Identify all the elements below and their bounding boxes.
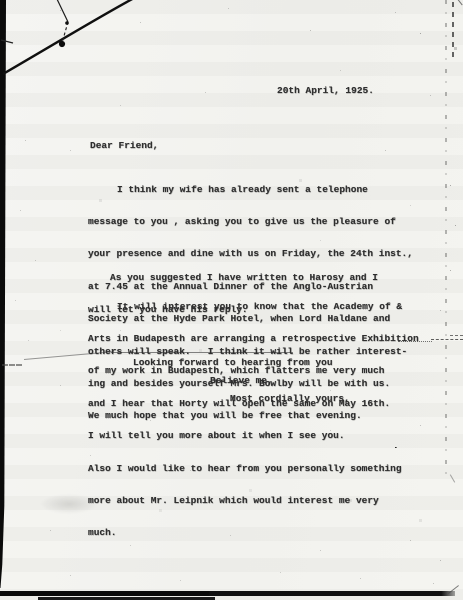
pencil-dashes-right: [431, 339, 463, 340]
closing-line-3: Most cordially yours,: [230, 394, 350, 405]
right-fold-dotted-line: [445, 0, 447, 478]
body-line: Arts in Budapesth are arranging a retros…: [88, 334, 419, 345]
pencil-dashes-right-2: [450, 335, 463, 336]
paragraph-3: It will interest you to know that the Ac…: [88, 280, 419, 561]
page-curl-artifact: [0, 0, 170, 85]
body-line: It will interest you to know that the Ac…: [88, 302, 419, 313]
closing-line-2: Believe me,: [210, 376, 273, 387]
body-line: I will tell you more about it when I see…: [88, 431, 419, 442]
body-line: I think my wife has already sent a telep…: [88, 185, 413, 196]
bottom-edge-scan-band: [0, 591, 455, 596]
left-edge-scan-bar: [0, 0, 6, 588]
letter-scan-page: 20th April, 1925. Dear Friend, I think m…: [0, 0, 463, 600]
salutation: Dear Friend,: [90, 141, 158, 152]
right-fold-dotted-line-top: [452, 2, 454, 58]
body-line: Also I would like to hear from you perso…: [88, 464, 419, 475]
pencil-dashes-left: [2, 364, 22, 366]
body-line: more about Mr. Leipnik which would inter…: [88, 496, 419, 507]
right-margin-squiggle: [450, 474, 455, 482]
scan-noise-speckles: [0, 0, 1, 1]
body-line: much.: [88, 528, 419, 539]
body-line: message to you , asking you to give us t…: [88, 217, 413, 228]
closing-line-1: Looking forward to hearing from you: [133, 358, 333, 369]
letter-date: 20th April, 1925.: [277, 86, 374, 97]
top-right-corner-mark: [456, 0, 462, 5]
